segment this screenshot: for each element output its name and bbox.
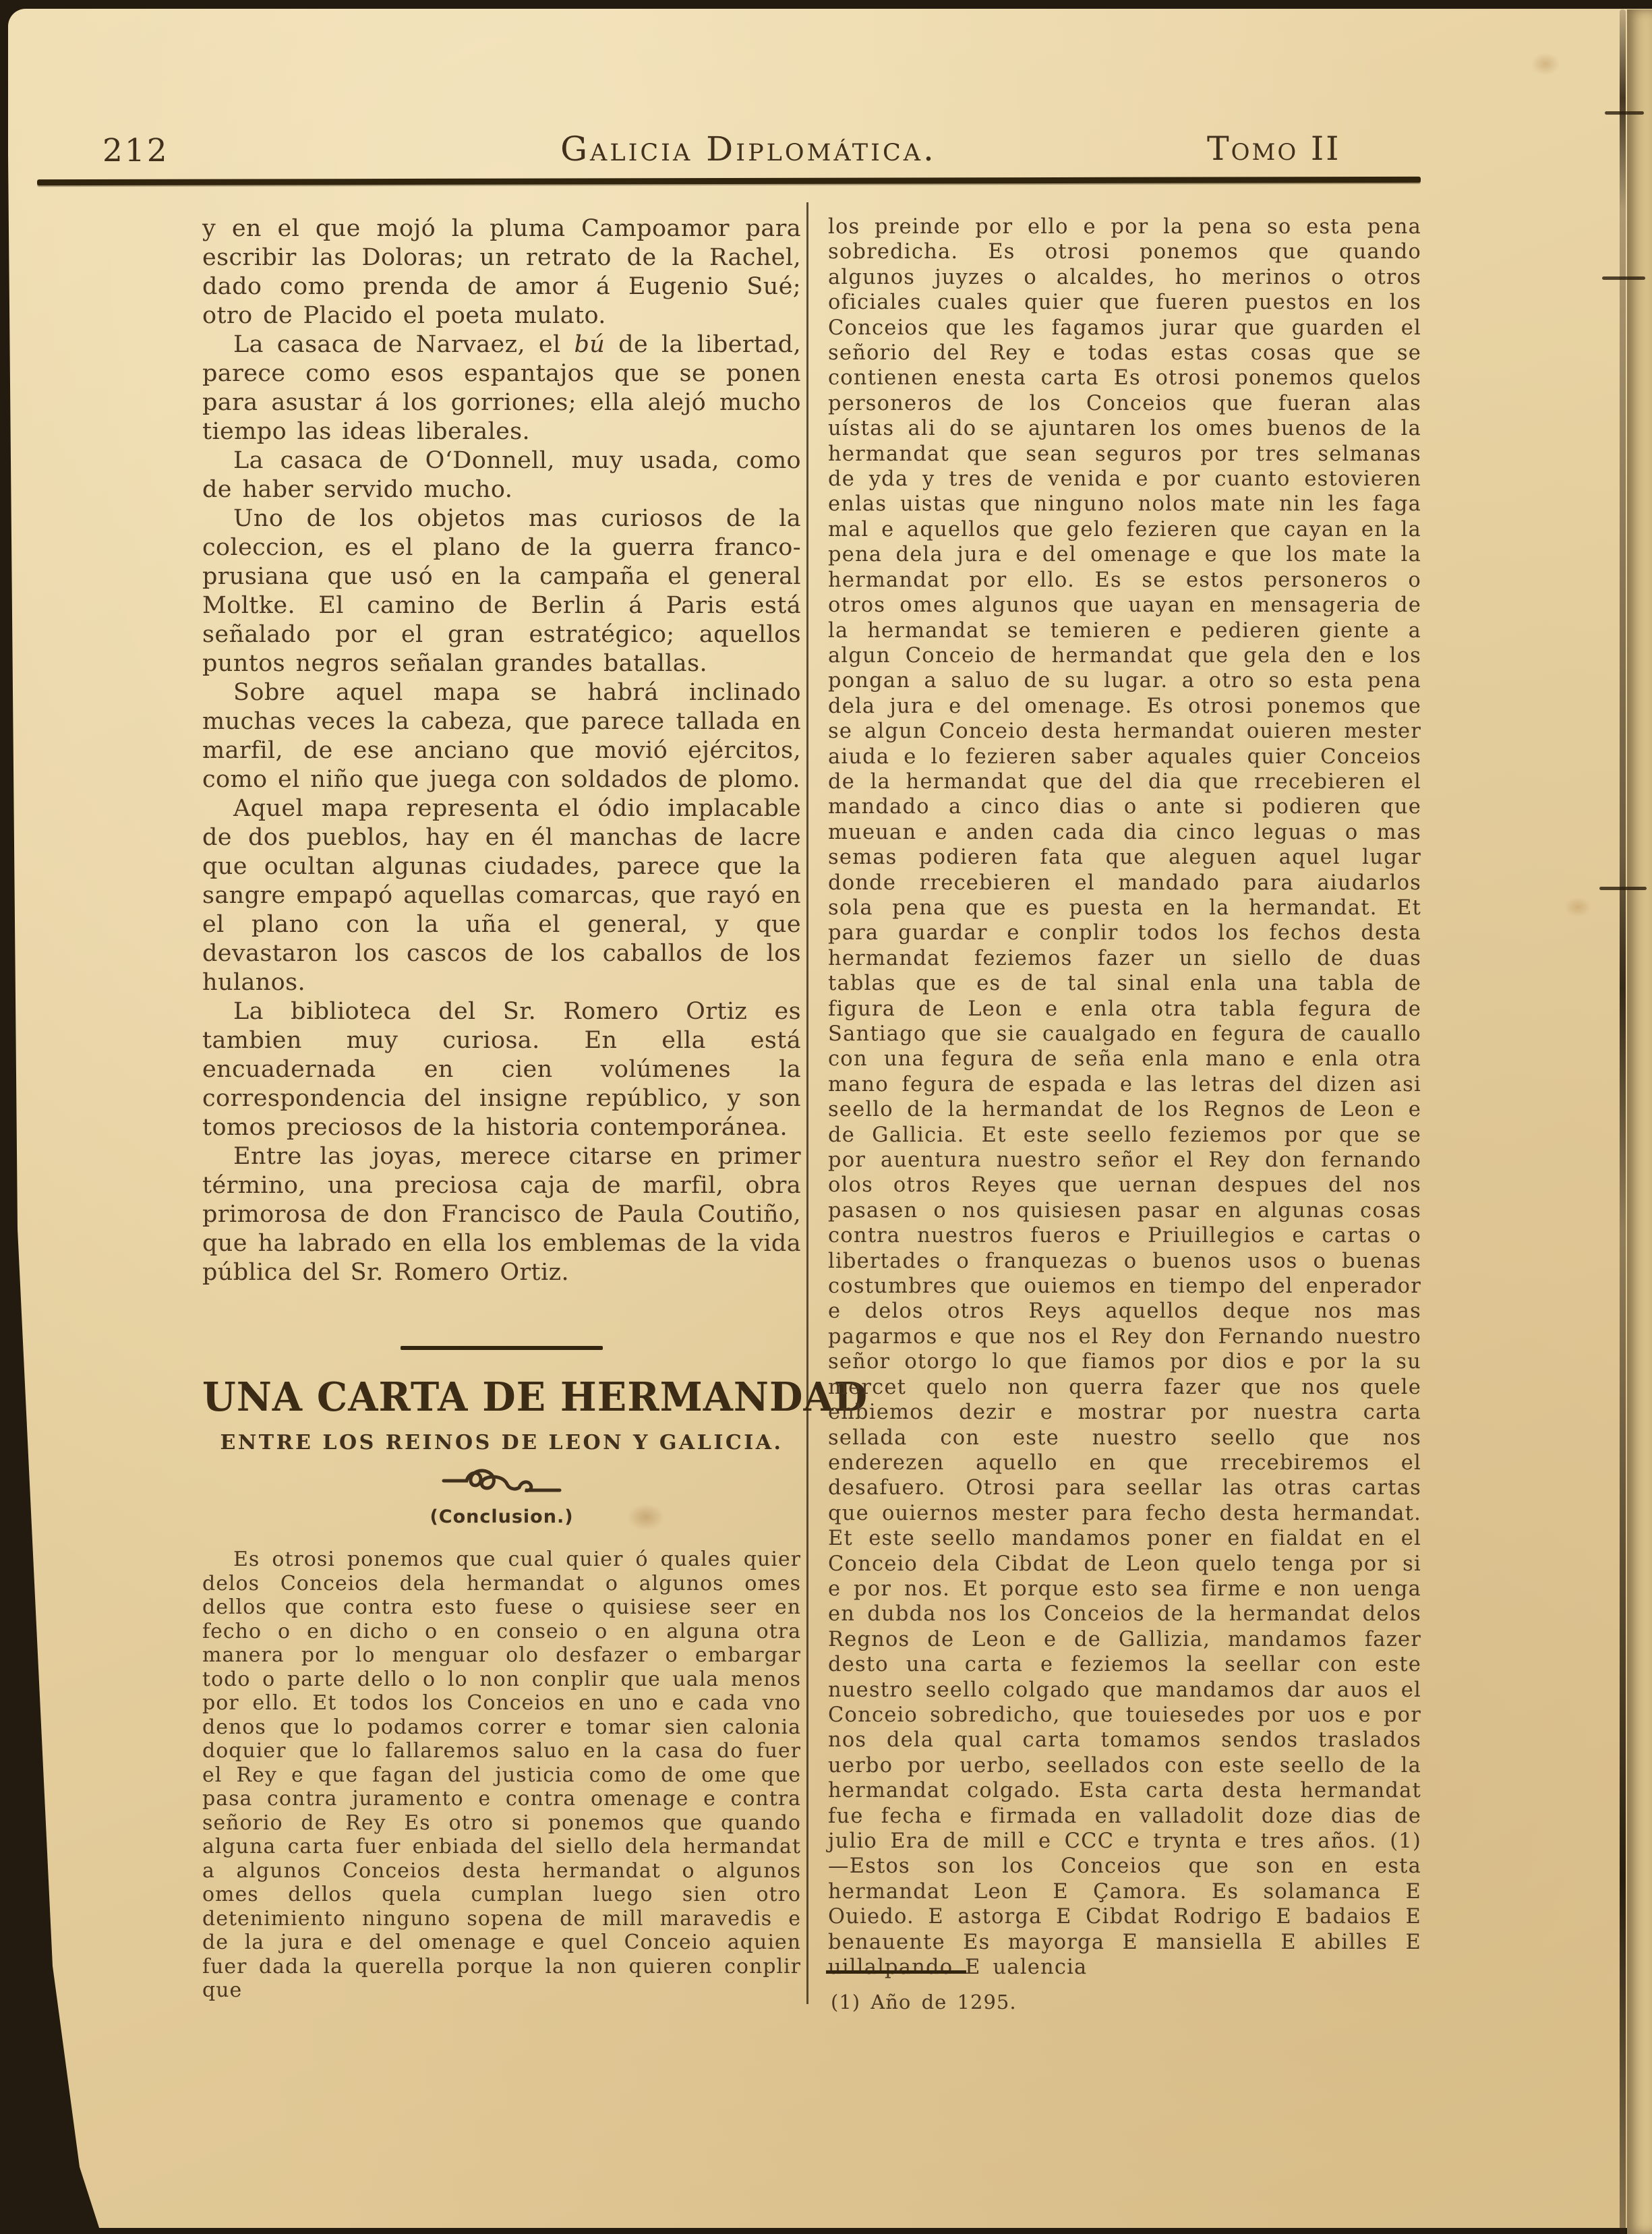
edge-nick: [1605, 111, 1644, 115]
section-separator-rule: [401, 1346, 603, 1350]
paragraph: Entre las joyas, merece citarse en prime…: [202, 1142, 801, 1287]
column-divider-rule: [806, 202, 808, 2004]
section-title: UNA CARTA DE HERMANDAD: [202, 1374, 801, 1421]
edge-nick: [1602, 276, 1645, 280]
left-column-charter-text: Es otrosi ponemos que cual quier ó quale…: [202, 1548, 801, 2003]
adjacent-page-edge: [1627, 9, 1652, 2234]
paragraph: La biblioteca del Sr. Romero Ortiz es ta…: [202, 997, 801, 1142]
volume-label: Tomo II: [1207, 129, 1409, 168]
footnote-rule: [826, 1970, 966, 1974]
scanned-page-photo: 212 Galicia Diplomática. Tomo II y en el…: [0, 0, 1652, 2234]
paragraph: La casaca de O‘Donnell, muy usada, como …: [202, 446, 801, 504]
right-column-charter-text: los preinde por ello e por la pena so es…: [828, 214, 1421, 1980]
paragraph: La casaca de Narvaez, el bú de la libert…: [202, 330, 801, 446]
scrollwork-ornament-icon: [441, 1465, 562, 1496]
paragraph: Es otrosi ponemos que cual quier ó quale…: [202, 1548, 801, 2003]
paragraph: Sobre aquel mapa se habrá inclinado much…: [202, 678, 801, 794]
page-number: 212: [102, 132, 169, 169]
paragraph: los preinde por ello e por la pena so es…: [828, 214, 1421, 1980]
section-conclusion-note: (Conclusion.): [202, 1506, 801, 1527]
footnote-text: (1) Año de 1295.: [831, 1991, 1370, 2013]
edge-nick: [1599, 887, 1647, 890]
journal-title: Galicia Diplomática.: [560, 129, 937, 169]
paragraph: Uno de los objetos mas curiosos de la co…: [202, 504, 801, 678]
page-fold-crease: [1620, 9, 1626, 2234]
paragraph: Aquel mapa representa el ódio implacable…: [202, 794, 801, 997]
left-column-article-text: y en el que mojó la pluma Campoamor para…: [202, 214, 801, 1287]
section-subtitle: ENTRE LOS REINOS DE LEON Y GALICIA.: [202, 1431, 801, 1454]
paragraph: y en el que mojó la pluma Campoamor para…: [202, 214, 801, 330]
